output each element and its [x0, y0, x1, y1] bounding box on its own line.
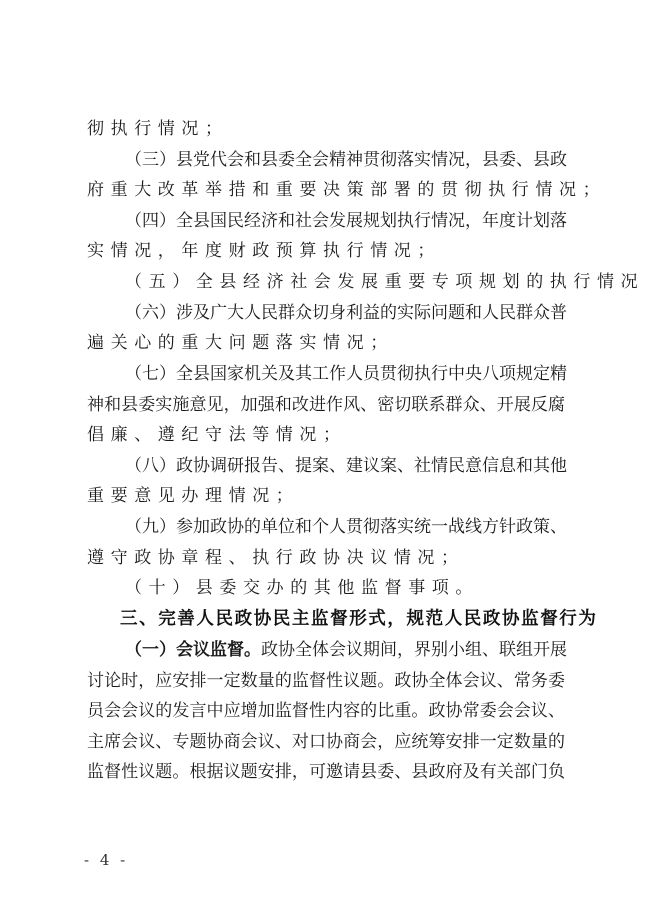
list-item-10: （十）县委交办的其他监督事项。: [125, 576, 565, 600]
list-item-6: （六）涉及广大人民群众切身利益的实际问题和人民群众普: [125, 301, 565, 325]
list-item-3: （三）县党代会和县委全会精神贯彻落实情况，县委、县政: [125, 148, 565, 172]
text-line: 实情况，年度财政预算执行情况；: [87, 239, 565, 263]
text-line: 主席会议、专题协商会议、对口协商会，应统筹安排一定数量的: [87, 730, 565, 754]
text-line: 重要意见办理情况；: [87, 484, 565, 508]
list-item-4: （四）全县国民经济和社会发展规划执行情况，年度计划落: [125, 209, 565, 233]
list-item-8: （八）政协调研报告、提案、建议案、社情民意信息和其他: [125, 454, 565, 478]
document-page: 彻执行情况； （三）县党代会和县委全会精神贯彻落实情况，县委、县政 府重大改革举…: [0, 0, 646, 908]
text-line: 倡廉、遵纪守法等情况；: [87, 423, 565, 447]
section-heading: 三、完善人民政协民主监督形式，规范人民政协监督行为: [120, 606, 565, 632]
paragraph-lead: （一）会议监督。: [125, 640, 261, 660]
text-line: 彻执行情况；: [87, 117, 565, 141]
text-line: 监督性议题。根据议题安排，可邀请县委、县政府及有关部门负: [87, 760, 565, 784]
list-item-9: （九）参加政协的单位和个人贯彻落实统一战线方针政策、: [125, 515, 565, 539]
text-line: 员会会议的发言中应增加监督性内容的比重。政协常委会会议、: [87, 699, 565, 723]
paragraph-text: 政协全体会议期间，界别小组、联组开展: [261, 640, 567, 660]
list-item-5: （五）全县经济社会发展重要专项规划的执行情况；: [125, 270, 565, 294]
text-line: 府重大改革举措和重要决策部署的贯彻执行情况；: [87, 178, 565, 202]
list-item-7: （七）全县国家机关及其工作人员贯彻执行中央八项规定精: [125, 362, 565, 386]
text-line: 神和县委实施意见，加强和改进作风、密切联系群众、开展反腐: [87, 393, 565, 417]
text-line: 讨论时，应安排一定数量的监督性议题。政协全体会议、常务委: [87, 669, 565, 693]
text-line: 遵守政协章程、执行政协决议情况；: [87, 546, 565, 570]
paragraph-first-line: （一）会议监督。政协全体会议期间，界别小组、联组开展: [125, 638, 565, 662]
page-number: - 4 -: [84, 851, 128, 869]
text-line: 遍关心的重大问题落实情况；: [87, 331, 565, 355]
